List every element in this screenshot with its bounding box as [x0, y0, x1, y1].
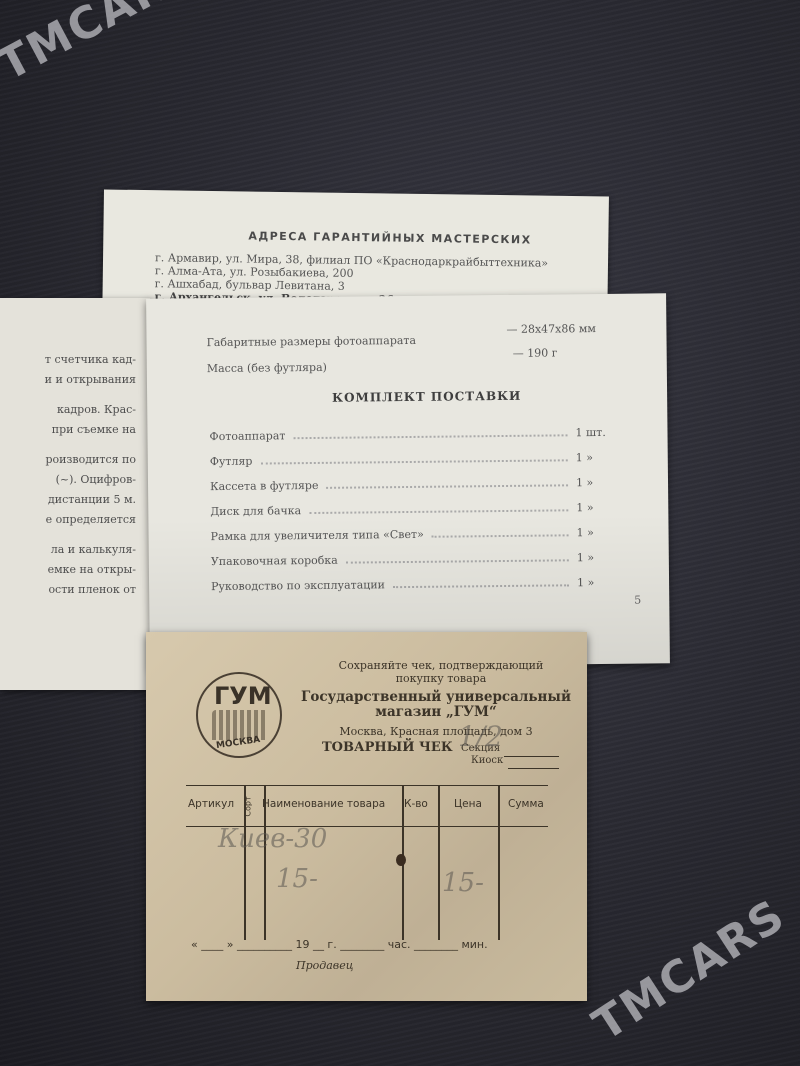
keep-receipt-notice: Сохраняйте чек, подтверждающий покупку т… — [306, 659, 576, 685]
text-line: (~). Оцифров- — [0, 470, 150, 490]
kiosk-label: Киоск — [471, 755, 503, 766]
store-name: Государственный универсальный магазин „Г… — [291, 690, 581, 720]
handwritten-item: Киев-30 — [218, 824, 327, 854]
handwritten-sum: 15- — [442, 868, 484, 898]
col-price: Цена — [454, 798, 482, 810]
gum-receipt: ГУМ МОСКВА Сохраняйте чек, подтверждающи… — [146, 632, 587, 1001]
ink-spot — [396, 854, 406, 866]
text-line: е определяется — [0, 510, 150, 530]
text-line: т счетчика кад- — [0, 350, 150, 370]
handwritten-mark: 1/2 — [458, 720, 503, 753]
handwritten-price: 15- — [276, 864, 318, 894]
kit-item: Фотоаппарат1 шт. — [209, 426, 619, 443]
kit-title: КОМПЛЕКТ ПОСТАВКИ — [332, 389, 521, 405]
kit-item: Футляр1 » — [210, 451, 620, 468]
kit-item: Диск для бачка1 » — [210, 501, 620, 518]
col-article: Артикул — [188, 798, 234, 810]
text-line: и и открывания — [0, 370, 150, 390]
kit-item: Кассета в футляре1 » — [210, 476, 620, 493]
col-item-name: Наименование товара — [262, 798, 385, 810]
spec-dimensions-value: — 28х47х86 мм — [506, 322, 596, 336]
receipt-title: ТОВАРНЫЙ ЧЕК — [322, 740, 453, 755]
text-line: роизводится по — [0, 450, 150, 470]
text-line: ости пленок от — [0, 580, 150, 600]
text-line: дистанции 5 м. — [0, 490, 150, 510]
manual-left-page: т счетчика кад- и и открывания кадров. К… — [0, 298, 150, 690]
addresses-title: АДРЕСА ГАРАНТИЙНЫХ МАСТЕРСКИХ — [248, 230, 608, 248]
kit-item: Руководство по эксплуатации1 » — [211, 576, 621, 593]
col-sum: Сумма — [508, 798, 544, 810]
receipt-table-header: Артикул Сорт Наименование товара К-во Це… — [186, 785, 548, 827]
text-line: при съемке на — [0, 420, 150, 440]
text-line: емке на откры- — [0, 560, 150, 580]
gum-logo-icon: ГУМ МОСКВА — [196, 672, 282, 758]
store-address: Москва, Красная площадь, дом 3 — [296, 725, 576, 738]
text-line: кадров. Крас- — [0, 400, 150, 420]
page-number: 5 — [634, 594, 641, 607]
seller-label: Продавец — [296, 959, 353, 972]
spec-mass-label: Масса (без футляра) — [207, 361, 327, 375]
text-line: ла и калькуля- — [0, 540, 150, 560]
kit-item: Упаковочная коробка1 » — [211, 551, 621, 568]
spec-mass-value: — 190 г — [513, 346, 558, 359]
col-qty: К-во — [404, 798, 428, 810]
kit-item: Рамка для увеличителя типа «Свет»1 » — [211, 526, 621, 543]
date-time-line: « ____ » __________ 19 __ г. ________ ча… — [191, 938, 488, 951]
spec-dimensions-label: Габаритные размеры фотоаппарата — [206, 334, 416, 349]
manual-page-5: Габаритные размеры фотоаппарата — 28х47х… — [146, 293, 670, 668]
